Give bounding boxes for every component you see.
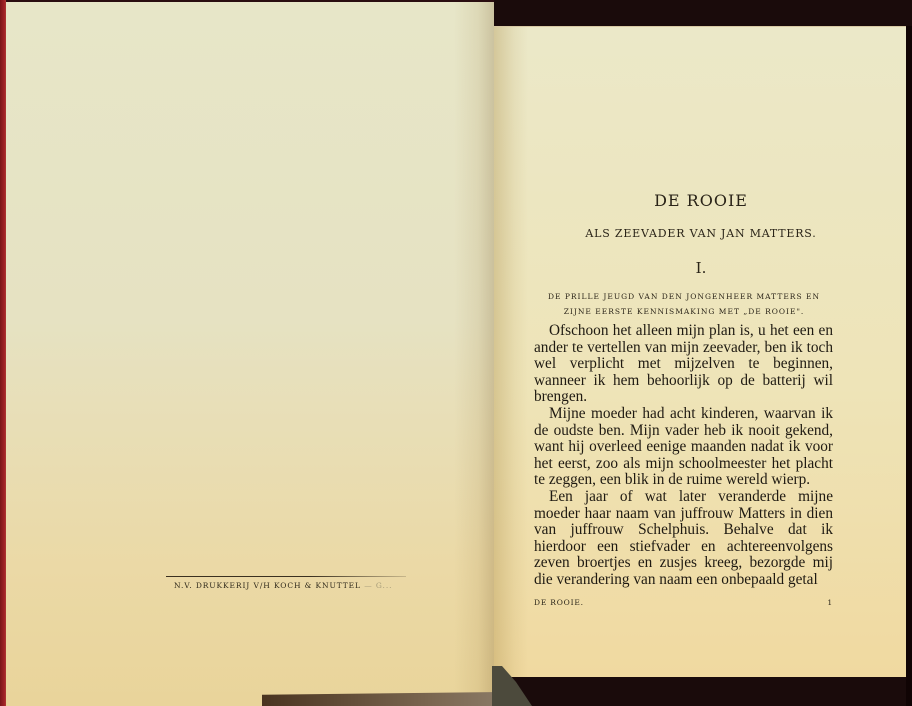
running-foot-title: DE ROOIE. — [534, 598, 584, 607]
imprint-rule — [166, 576, 406, 577]
printer-imprint: N.V. DRUKKERIJ V/H KOCH & KNUTTEL — G... — [174, 581, 392, 590]
chapter-number: I. — [494, 259, 908, 277]
chapter-heading: DE PRILLE JEUGD VAN DEN JONGENHEER MATTE… — [534, 289, 834, 319]
printer-imprint-faded: — G... — [361, 581, 392, 590]
printer-imprint-text: N.V. DRUKKERIJ V/H KOCH & KNUTTEL — [174, 581, 361, 590]
paragraph: Mijne moeder had acht kinderen, waarvan … — [534, 406, 833, 489]
chapter-heading-line: ZIJNE EERSTE KENNISMAKING MET „DE ROOIE"… — [534, 304, 834, 319]
book-spread: N.V. DRUKKERIJ V/H KOCH & KNUTTEL — G...… — [0, 0, 912, 706]
book-subtitle: ALS ZEEVADER VAN JAN MATTERS. — [494, 227, 908, 240]
body-text: Ofschoon het alleen mijn plan is, u het … — [534, 323, 833, 589]
book-right-edge — [906, 26, 912, 706]
right-page: DE ROOIE ALS ZEEVADER VAN JAN MATTERS. I… — [494, 26, 908, 677]
book-title: DE ROOIE — [494, 191, 908, 210]
running-foot: DE ROOIE. 1 — [534, 598, 833, 607]
chapter-heading-line: DE PRILLE JEUGD VAN DEN JONGENHEER MATTE… — [534, 289, 834, 304]
paragraph: Een jaar of wat later veranderde mijne m… — [534, 489, 833, 589]
paragraph: Ofschoon het alleen mijn plan is, u het … — [534, 323, 833, 406]
signature-mark: 1 — [827, 598, 833, 607]
left-page: N.V. DRUKKERIJ V/H KOCH & KNUTTEL — G... — [6, 0, 494, 706]
